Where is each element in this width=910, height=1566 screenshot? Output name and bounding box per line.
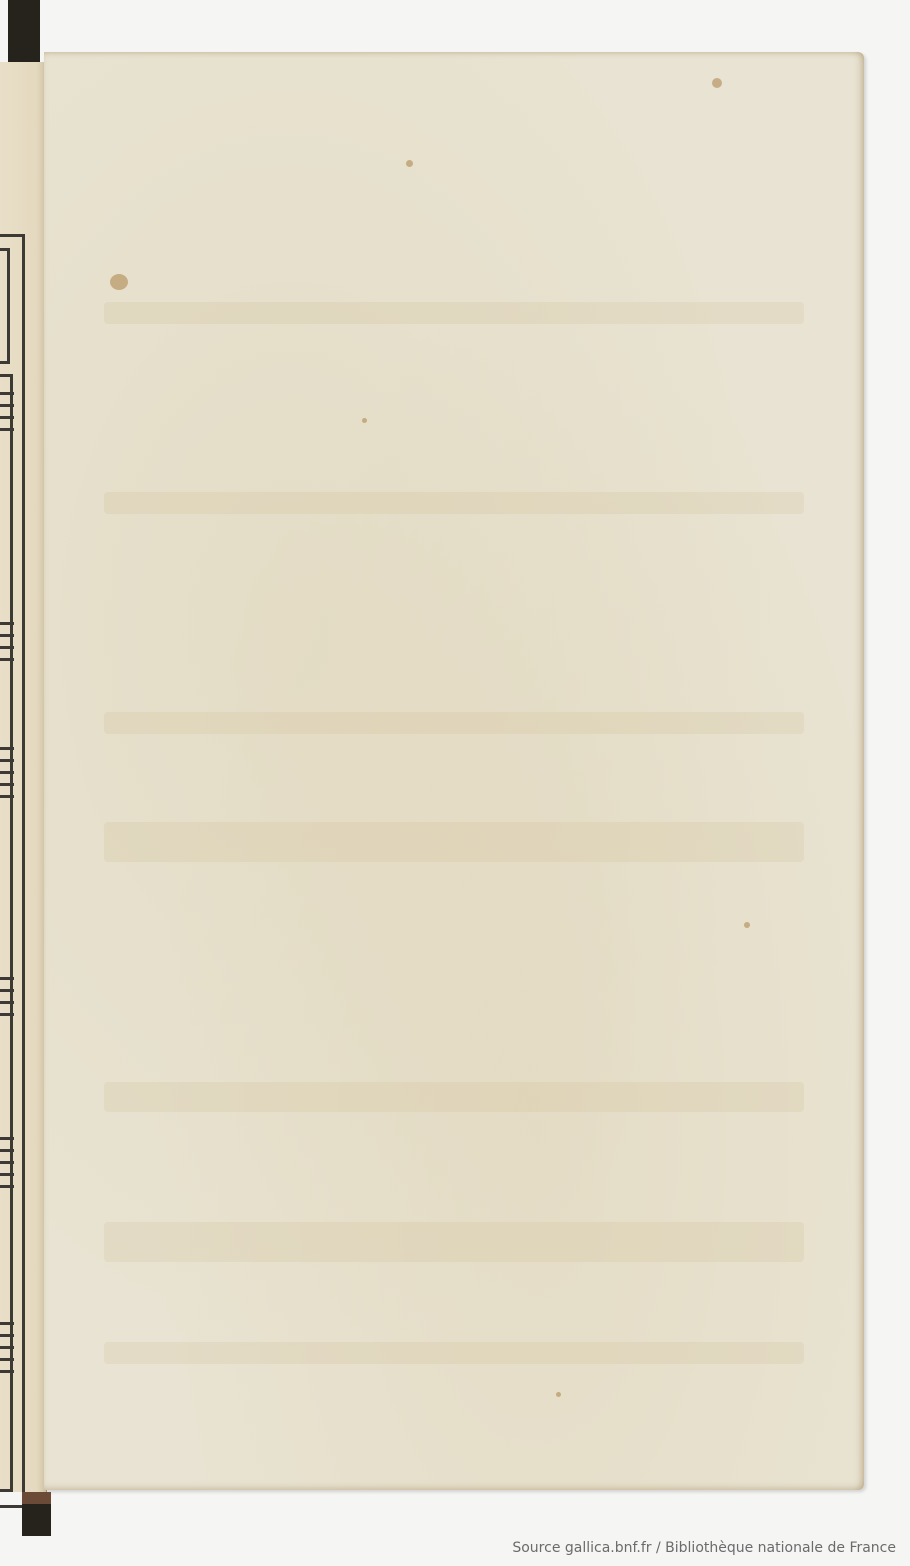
foxing-spot (406, 160, 413, 167)
foxing-spot (362, 418, 367, 423)
foxing-spot (744, 922, 750, 928)
show-through-text (104, 822, 804, 862)
border-ornament-rungs (0, 622, 14, 670)
show-through-text (104, 1222, 804, 1262)
show-through-text (104, 1342, 804, 1364)
source-credit: Source gallica.bnf.fr / Bibliothèque nat… (512, 1540, 896, 1556)
show-through-text (104, 1082, 804, 1112)
border-ornament-rungs (0, 392, 14, 440)
border-ornament-rungs (0, 1322, 14, 1382)
border-ornament-rungs (0, 1137, 14, 1197)
foxing-spot (110, 274, 128, 290)
foxing-spot (712, 78, 722, 88)
bookmark-ribbon-top (8, 0, 40, 64)
show-through-text (104, 712, 804, 734)
foxing-spot (556, 1392, 561, 1397)
border-ornament-rungs (0, 747, 14, 807)
bookmark-ribbon-bottom (22, 1492, 51, 1536)
border-ornament-rungs (0, 977, 14, 1025)
border-ornament-inner-top (0, 248, 10, 364)
show-through-text (104, 302, 804, 324)
show-through-text (104, 492, 804, 514)
facing-page-edge (0, 62, 47, 1492)
scanned-page-view: Source gallica.bnf.fr / Bibliothèque nat… (0, 0, 910, 1566)
blank-page (44, 52, 864, 1490)
